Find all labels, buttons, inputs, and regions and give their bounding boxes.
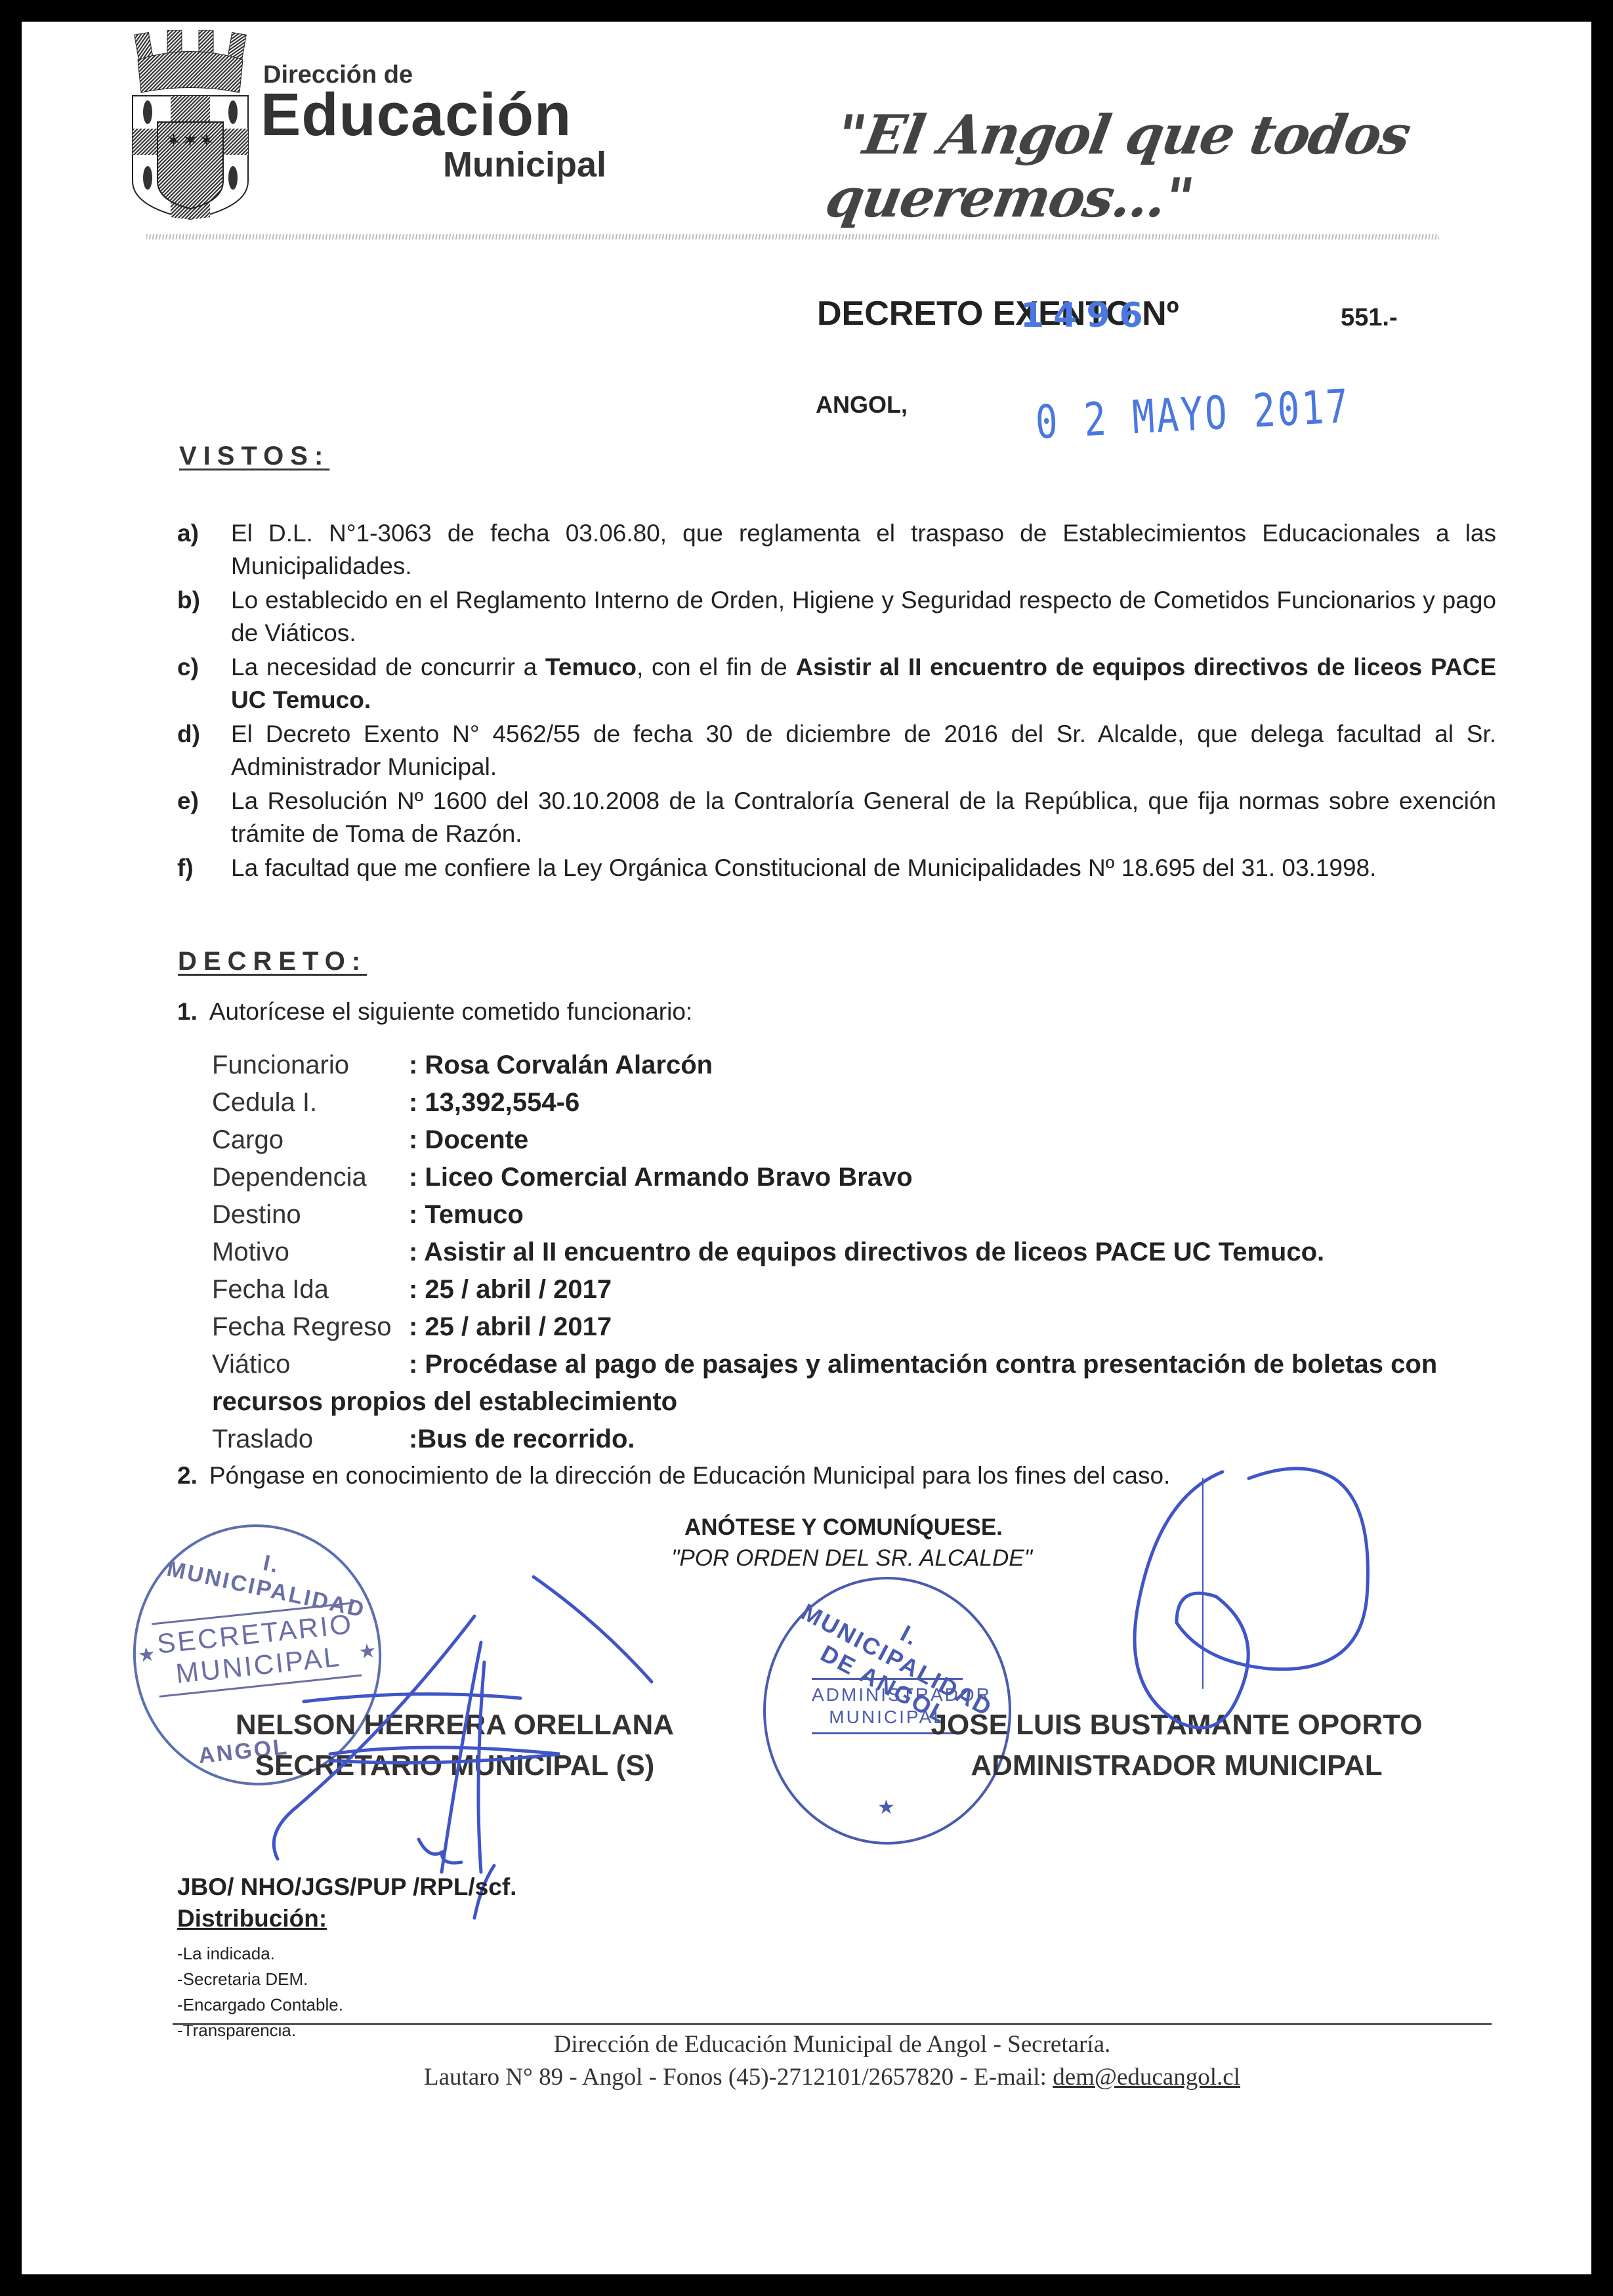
decreto-heading: DECRETO: bbox=[178, 947, 367, 976]
vistos-heading: VISTOS: bbox=[179, 442, 329, 471]
item-letter: e) bbox=[177, 785, 231, 850]
stamp-center-text: SECRETARIO MUNICIPAL bbox=[152, 1602, 362, 1698]
field-row: Fecha Regreso: 25 / abril / 2017 bbox=[212, 1308, 1498, 1346]
footer-contact: Lautaro N° 89 - Angol - Fonos (45)-27121… bbox=[424, 2064, 1053, 2091]
field-traslado: Traslado :Bus de recorrido. bbox=[212, 1421, 1498, 1458]
distribution-heading: Distribución: bbox=[177, 1905, 327, 1932]
star-icon: ★ bbox=[136, 1642, 156, 1667]
item-text: El D.L. N°1-3063 de fecha 03.06.80, que … bbox=[231, 517, 1496, 583]
decreto-point-2: 2.Póngase en conocimiento de la direcció… bbox=[177, 1462, 1170, 1490]
item-text: La necesidad de concurrir a Temuco, con … bbox=[231, 651, 1496, 717]
field-value: : 25 / abril / 2017 bbox=[409, 1271, 1498, 1308]
field-viatico-continuation: recursos propios del establecimiento bbox=[212, 1383, 1498, 1421]
stamp-line: ADMINISTRADOR bbox=[812, 1684, 963, 1706]
star-icon: ★ bbox=[358, 1639, 377, 1664]
field-label: Motivo bbox=[212, 1234, 409, 1271]
item-text: La facultad que me confiere la Ley Orgán… bbox=[231, 852, 1496, 885]
vistos-item: c)La necesidad de concurrir a Temuco, co… bbox=[177, 651, 1496, 717]
date-stamp: 0 2 MAYO 2017 bbox=[1034, 379, 1352, 449]
field-label: Funcionario bbox=[212, 1047, 409, 1084]
signatory-administrador: JOSE LUIS BUSTAMANTE OPORTO ADMINISTRADO… bbox=[901, 1705, 1452, 1786]
field-value: : Asistir al II encuentro de equipos dir… bbox=[409, 1234, 1498, 1271]
footer-line-1: Dirección de Educación Municipal de Ango… bbox=[173, 2028, 1492, 2061]
field-label: Fecha Regreso bbox=[212, 1308, 409, 1346]
field-value: : 13,392,554-6 bbox=[409, 1084, 1498, 1121]
brand-line-3: Municipal bbox=[443, 144, 606, 185]
signatory-title: SECRETARIO MUNICIPAL (S) bbox=[212, 1745, 698, 1786]
field-label: Traslado bbox=[212, 1421, 409, 1458]
coat-of-arms-icon: ✶✶✶ bbox=[131, 30, 249, 220]
field-value: : Docente bbox=[409, 1121, 1498, 1159]
item-text-run: Temuco bbox=[545, 654, 637, 680]
footer: Dirección de Educación Municipal de Ango… bbox=[173, 2028, 1492, 2094]
initials-line: JBO/ NHO/JGS/PUP /RPL/scf. bbox=[177, 1873, 516, 1901]
item-letter: c) bbox=[177, 651, 231, 717]
item-text-run: La necesidad de concurrir a bbox=[231, 654, 545, 680]
field-row: Cedula I.: 13,392,554-6 bbox=[212, 1084, 1498, 1121]
field-row: Motivo: Asistir al II encuentro de equip… bbox=[212, 1234, 1498, 1271]
point-number: 2. bbox=[177, 1462, 198, 1489]
field-value: : Rosa Corvalán Alarcón bbox=[409, 1047, 1498, 1084]
field-row: Cargo: Docente bbox=[212, 1121, 1498, 1159]
field-value: : Liceo Comercial Armando Bravo Bravo bbox=[409, 1159, 1498, 1196]
field-label: Destino bbox=[212, 1196, 409, 1234]
field-value: : 25 / abril / 2017 bbox=[409, 1308, 1498, 1346]
vistos-item: a)El D.L. N°1-3063 de fecha 03.06.80, qu… bbox=[177, 517, 1496, 583]
field-label: Cedula I. bbox=[212, 1084, 409, 1121]
document-page: ✶✶✶ Dirección de Educación Municipal "El… bbox=[22, 22, 1591, 2274]
item-text-run: La Resolución Nº 1600 del 30.10.2008 de … bbox=[231, 787, 1496, 847]
signatory-name: JOSE LUIS BUSTAMANTE OPORTO bbox=[901, 1705, 1452, 1745]
item-letter: b) bbox=[177, 584, 231, 650]
decree-number-suffix: 551.- bbox=[1341, 304, 1398, 332]
point-text: Autorícese el siguiente cometido funcion… bbox=[209, 998, 692, 1025]
item-text-run: El D.L. N°1-3063 de fecha 03.06.80, que … bbox=[231, 520, 1496, 579]
field-label: Cargo bbox=[212, 1121, 409, 1159]
field-label: Viático bbox=[212, 1346, 409, 1383]
item-text-run: El Decreto Exento N° 4562/55 de fecha 30… bbox=[231, 720, 1496, 780]
vistos-item: e)La Resolución Nº 1600 del 30.10.2008 d… bbox=[177, 785, 1496, 850]
item-text: Lo establecido en el Reglamento Interno … bbox=[231, 584, 1496, 650]
svg-text:✶✶✶: ✶✶✶ bbox=[165, 130, 215, 152]
distribution-item: -Encargado Contable. bbox=[177, 1992, 343, 2018]
por-orden-label: "POR ORDEN DEL SR. ALCALDE" bbox=[671, 1545, 1032, 1572]
anotese-label: ANÓTESE Y COMUNÍQUESE. bbox=[684, 1514, 1003, 1541]
point-number: 1. bbox=[177, 998, 198, 1025]
decree-number-stamp: 1496 bbox=[1020, 296, 1152, 335]
item-text-run: Lo establecido en el Reglamento Interno … bbox=[231, 587, 1496, 646]
footer-divider bbox=[173, 2023, 1492, 2025]
item-letter: d) bbox=[177, 718, 231, 783]
signatory-title: ADMINISTRADOR MUNICIPAL bbox=[901, 1745, 1452, 1786]
distribution-item: -La indicada. bbox=[177, 1941, 343, 1967]
field-label: Dependencia bbox=[212, 1159, 409, 1196]
vistos-item: b)Lo establecido en el Reglamento Intern… bbox=[177, 584, 1496, 650]
field-label: Fecha Ida bbox=[212, 1271, 409, 1308]
point-text: Póngase en conocimiento de la dirección … bbox=[209, 1462, 1170, 1489]
vistos-item: d)El Decreto Exento N° 4562/55 de fecha … bbox=[177, 718, 1496, 783]
field-value: : Temuco bbox=[409, 1196, 1498, 1234]
footer-line-2: Lautaro N° 89 - Angol - Fonos (45)-27121… bbox=[173, 2061, 1492, 2094]
field-row: Dependencia: Liceo Comercial Armando Bra… bbox=[212, 1159, 1498, 1196]
field-row: Fecha Ida: 25 / abril / 2017 bbox=[212, 1271, 1498, 1308]
signatory-name: NELSON HERRERA ORELLANA bbox=[212, 1705, 698, 1745]
field-value: :Bus de recorrido. bbox=[409, 1421, 1498, 1458]
slogan: "El Angol que todos queremos..." bbox=[821, 104, 1603, 230]
distribution-item: -Secretaria DEM. bbox=[177, 1967, 343, 1992]
field-row: Destino: Temuco bbox=[212, 1196, 1498, 1234]
cometido-fields: Funcionario: Rosa Corvalán AlarcónCedula… bbox=[212, 1047, 1498, 1458]
place-label: ANGOL, bbox=[816, 391, 908, 419]
field-row: Funcionario: Rosa Corvalán Alarcón bbox=[212, 1047, 1498, 1084]
field-viatico: Viático : Procédase al pago de pasajes y… bbox=[212, 1346, 1498, 1383]
vistos-list: a)El D.L. N°1-3063 de fecha 03.06.80, qu… bbox=[177, 517, 1496, 886]
item-text: El Decreto Exento N° 4562/55 de fecha 30… bbox=[231, 718, 1496, 783]
item-text: La Resolución Nº 1600 del 30.10.2008 de … bbox=[231, 785, 1496, 850]
brand-line-2: Educación bbox=[261, 81, 572, 150]
item-text-run: , con el fin de bbox=[637, 654, 795, 680]
field-value: : Procédase al pago de pasajes y aliment… bbox=[409, 1346, 1498, 1383]
decreto-point-1: 1.Autorícese el siguiente cometido funci… bbox=[177, 998, 692, 1026]
item-letter: f) bbox=[177, 852, 231, 885]
signatory-secretario: NELSON HERRERA ORELLANA SECRETARIO MUNIC… bbox=[212, 1705, 698, 1786]
item-text-run: La facultad que me confiere la Ley Orgán… bbox=[231, 854, 1376, 881]
email-link[interactable]: dem@educangol.cl bbox=[1053, 2064, 1240, 2091]
vistos-item: f)La facultad que me confiere la Ley Org… bbox=[177, 852, 1496, 885]
star-icon: ★ bbox=[877, 1796, 895, 1819]
item-letter: a) bbox=[177, 517, 231, 583]
header-divider bbox=[146, 234, 1439, 240]
